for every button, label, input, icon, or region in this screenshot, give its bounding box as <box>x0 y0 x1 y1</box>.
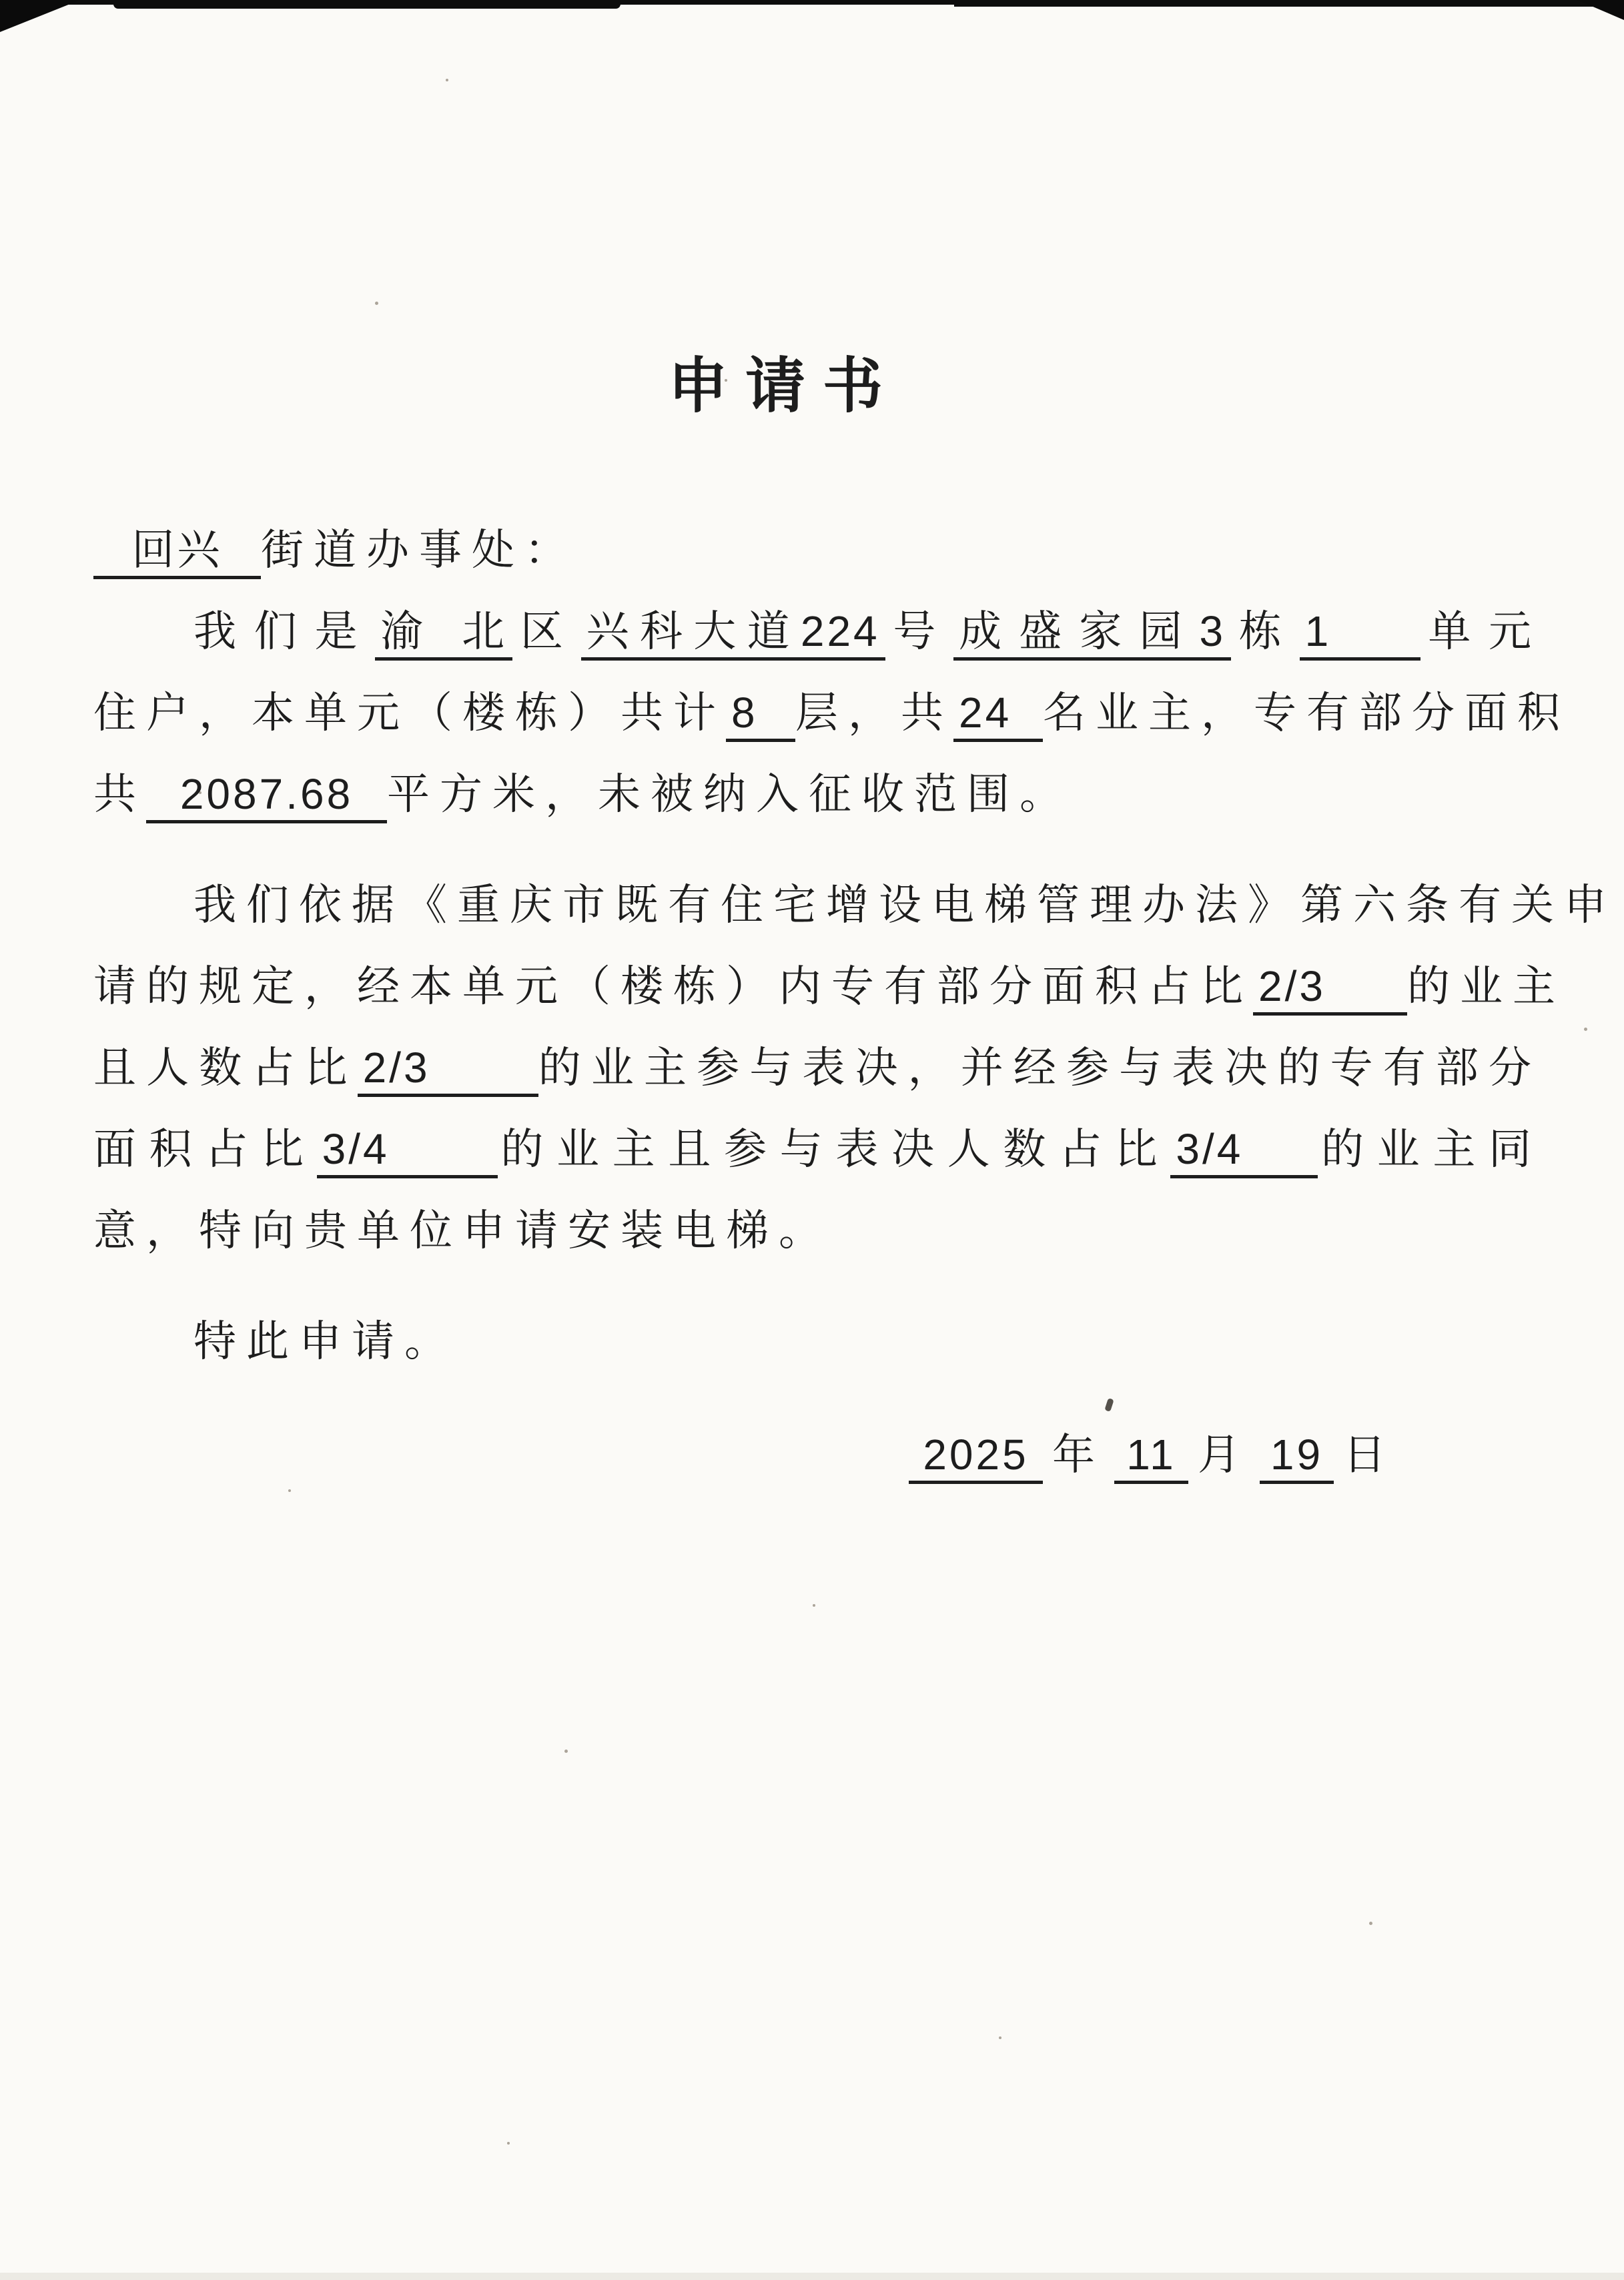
scan-corner-top-left <box>0 0 80 32</box>
body-line-p2-l2: 请的规定，经本单元（楼栋）内专有部分面积占比2/3的业主 <box>93 945 1541 1027</box>
document-content: 申请书 回兴街道办事处： 我们是渝北区兴科大道224号成盛家园3栋1单元 住户，… <box>93 0 1541 1495</box>
body-line-p2-l5: 意，特向贵单位申请安装电梯。 <box>93 1190 1541 1271</box>
dust-speck <box>1369 1922 1372 1925</box>
filled-blank-street: 兴科大道224 <box>581 606 885 661</box>
filled-blank-compound: 成盛家园3 <box>953 606 1231 661</box>
line-text: 名业主，专有部分面积 <box>1043 689 1570 737</box>
greeting-line: 回兴街道办事处： <box>93 509 1541 591</box>
filled-blank-unit: 1 <box>1300 606 1420 661</box>
closing-line: 特此申请。 <box>93 1300 1541 1382</box>
line-text: 的业主参与表决，并经参与表决的专有部分 <box>538 1044 1541 1092</box>
body-line-p1-l2: 住户，本单元（楼栋）共计8层，共24名业主，专有部分面积 <box>93 672 1541 753</box>
date-text-year: 年 <box>1052 1431 1105 1479</box>
closing-text: 特此申请。 <box>193 1317 457 1365</box>
dust-speck <box>1584 1028 1587 1031</box>
scan-corner-top-right <box>1577 0 1624 20</box>
dust-speck <box>564 1750 568 1753</box>
body-line-p2-l4: 面积占比3/4的业主且参与表决人数占比3/4的业主同 <box>93 1108 1541 1190</box>
scan-edge-bottom <box>0 2273 1624 2280</box>
body-line-p1-l3: 共2087.68平方米，未被纳入征收范围。 <box>93 753 1541 835</box>
line-text: 意，特向贵单位申请安装电梯。 <box>93 1206 831 1254</box>
dust-speck <box>507 2142 510 2145</box>
line-text: 栋 <box>1231 607 1299 655</box>
line-text: 的业主且参与表决人数占比 <box>498 1125 1171 1173</box>
line-text: 的业主同 <box>1318 1125 1541 1173</box>
line-text: 共 <box>93 770 146 818</box>
filled-blank-floors: 8 <box>726 687 795 742</box>
document-title: 申请书 <box>60 337 1508 424</box>
line-text: 请的规定，经本单元（楼栋）内专有部分面积占比 <box>93 962 1253 1010</box>
filled-blank-area: 2087.68 <box>146 769 387 823</box>
dust-speck <box>999 2036 1001 2039</box>
filled-blank-day: 19 <box>1260 1429 1334 1484</box>
filled-blank-year: 2025 <box>909 1429 1043 1484</box>
scanned-application-page: 申请书 回兴街道办事处： 我们是渝北区兴科大道224号成盛家园3栋1单元 住户，… <box>0 0 1624 2280</box>
filled-blank-owners: 24 <box>953 687 1043 742</box>
line-text: 层，共 <box>795 689 953 737</box>
greeting-text: 街道办事处： <box>261 526 577 574</box>
line-text: 号 <box>885 607 953 655</box>
line-text: 单元 <box>1420 607 1541 655</box>
line-text: 住户，本单元（楼栋）共计 <box>93 689 726 737</box>
date-line: 2025年11月19日 <box>93 1414 1541 1495</box>
filled-blank-headcount-ratio: 2/3 <box>358 1042 538 1097</box>
line-text: 面积占比 <box>93 1125 317 1173</box>
line-text: 我们是 <box>193 607 375 655</box>
date-text-day: 日 <box>1343 1431 1396 1479</box>
body-line-p2-l1: 我们依据《重庆市既有住宅增设电梯管理办法》第六条有关申 <box>93 864 1541 945</box>
filled-blank-voting-headcount-ratio: 3/4 <box>1170 1124 1318 1178</box>
filled-blank-voting-area-ratio: 3/4 <box>317 1124 498 1178</box>
filled-blank-month: 11 <box>1114 1429 1188 1484</box>
filled-blank-district: 渝北 <box>375 606 512 661</box>
line-text: 且人数占比 <box>93 1044 358 1092</box>
line-text: 平方米，未被纳入征收范围。 <box>387 770 1072 818</box>
line-text: 我们依据《重庆市既有住宅增设电梯管理办法》第六条有关申 <box>193 881 1617 929</box>
filled-blank-office-name: 回兴 <box>93 524 261 579</box>
date-text-month: 月 <box>1198 1431 1250 1479</box>
filled-blank-area-ratio: 2/3 <box>1253 961 1407 1016</box>
line-text: 的业主 <box>1407 962 1565 1010</box>
body-line-p2-l3: 且人数占比2/3的业主参与表决，并经参与表决的专有部分 <box>93 1027 1541 1108</box>
line-text: 区 <box>512 607 580 655</box>
dust-speck <box>813 1604 815 1607</box>
body-line-p1-l1: 我们是渝北区兴科大道224号成盛家园3栋1单元 <box>93 591 1541 672</box>
